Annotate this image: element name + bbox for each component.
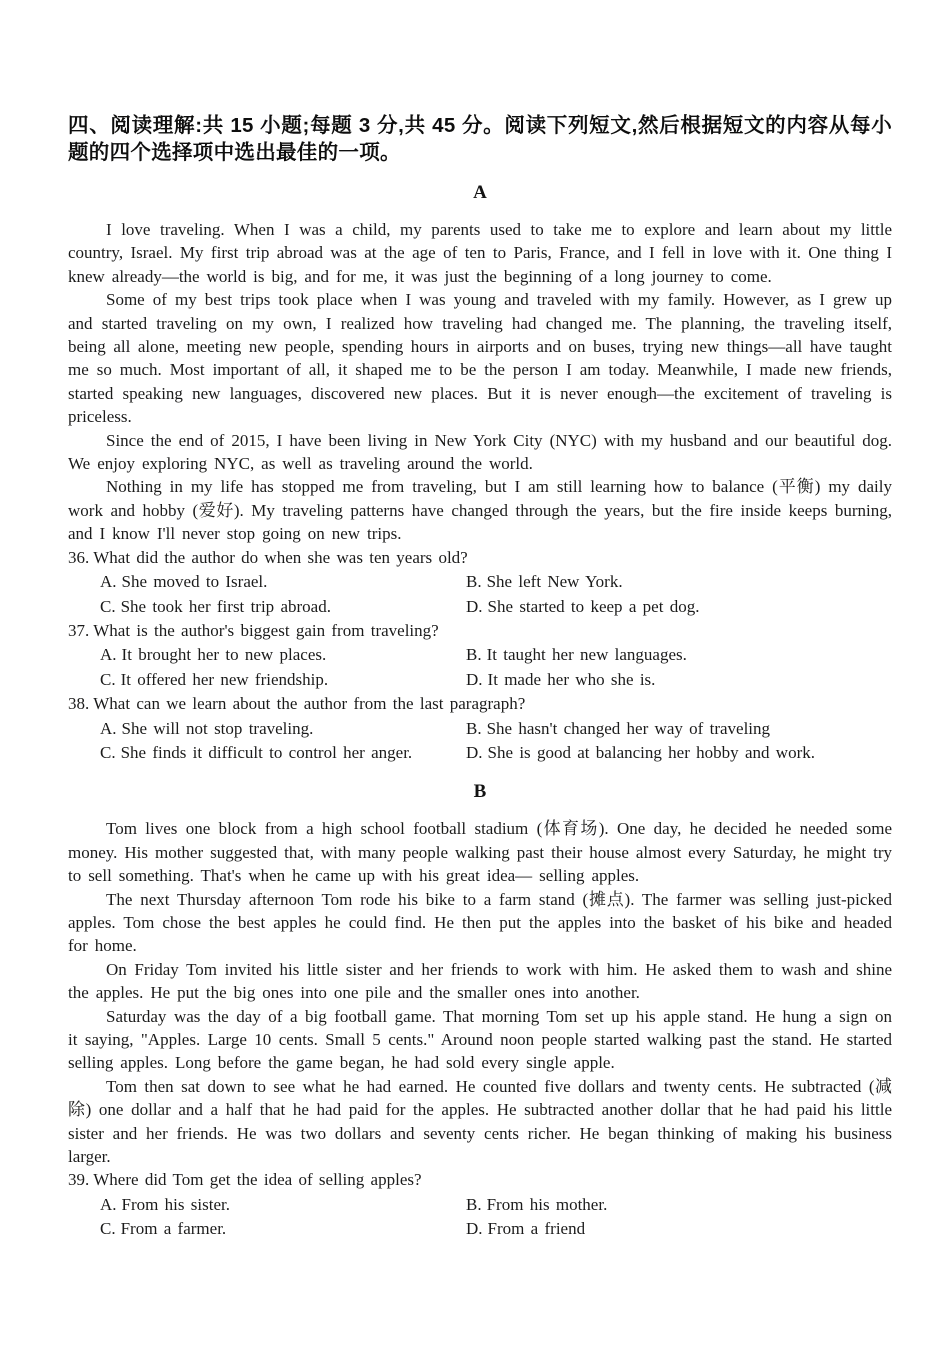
passage-b-paragraph-1: Tom lives one block from a high school f… (68, 817, 892, 887)
question-38-option-c: C.She finds it difficult to control her … (68, 741, 466, 765)
question-36: 36.What did the author do when she was t… (68, 546, 892, 619)
question-37-options-row-1: A.It brought her to new places. B.It tau… (68, 643, 892, 667)
exam-content: 四、阅读理解:共 15 小题;每题 3 分,共 45 分。阅读下列短文,然后根据… (68, 112, 892, 1242)
question-38-text: 38.What can we learn about the author fr… (68, 692, 892, 716)
question-37-option-c: C.It offered her new friendship. (68, 668, 466, 692)
question-37-text: 37.What is the author's biggest gain fro… (68, 619, 892, 643)
question-36-options-row-2: C.She took her first trip abroad. D.She … (68, 595, 892, 619)
question-39-options-row-2: C.From a farmer. D.From a friend (68, 1217, 892, 1241)
question-37-options-row-2: C.It offered her new friendship. D.It ma… (68, 668, 892, 692)
question-39-option-d: D.From a friend (466, 1217, 892, 1241)
question-38: 38.What can we learn about the author fr… (68, 692, 892, 765)
passage-a-paragraph-2: Some of my best trips took place when I … (68, 288, 892, 428)
question-37-option-b: B.It taught her new languages. (466, 643, 892, 667)
question-38-options-row-2: C.She finds it difficult to control her … (68, 741, 892, 765)
question-38-options-row-1: A.She will not stop traveling. B.She has… (68, 717, 892, 741)
question-36-options-row-1: A.She moved to Israel. B.She left New Yo… (68, 570, 892, 594)
exam-page: 四、阅读理解:共 15 小题;每题 3 分,共 45 分。阅读下列短文,然后根据… (0, 0, 950, 1372)
question-39-number: 39. (68, 1170, 89, 1189)
question-36-option-c: C.She took her first trip abroad. (68, 595, 466, 619)
section-instructions: 四、阅读理解:共 15 小题;每题 3 分,共 45 分。阅读下列短文,然后根据… (68, 112, 892, 166)
question-36-number: 36. (68, 548, 89, 567)
passage-b-paragraph-4: Saturday was the day of a big football g… (68, 1005, 892, 1075)
question-39-option-b: B.From his mother. (466, 1193, 892, 1217)
question-38-option-b: B.She hasn't changed her way of travelin… (466, 717, 892, 741)
question-36-text: 36.What did the author do when she was t… (68, 546, 892, 570)
question-37-number: 37. (68, 621, 89, 640)
question-36-option-a: A.She moved to Israel. (68, 570, 466, 594)
passage-b-heading: B (68, 781, 892, 803)
passage-b-paragraph-2: The next Thursday afternoon Tom rode his… (68, 888, 892, 958)
question-37-option-a: A.It brought her to new places. (68, 643, 466, 667)
passage-a-paragraph-3: Since the end of 2015, I have been livin… (68, 429, 892, 476)
passage-a-paragraph-4: Nothing in my life has stopped me from t… (68, 475, 892, 545)
question-36-option-b: B.She left New York. (466, 570, 892, 594)
question-37: 37.What is the author's biggest gain fro… (68, 619, 892, 692)
passage-a-heading: A (68, 182, 892, 204)
passage-a-paragraph-1: I love traveling. When I was a child, my… (68, 218, 892, 288)
question-38-number: 38. (68, 694, 89, 713)
question-38-option-d: D.She is good at balancing her hobby and… (466, 741, 892, 765)
question-39-options-row-1: A.From his sister. B.From his mother. (68, 1193, 892, 1217)
passage-b-paragraph-3: On Friday Tom invited his little sister … (68, 958, 892, 1005)
question-39-option-c: C.From a farmer. (68, 1217, 466, 1241)
question-37-option-d: D.It made her who she is. (466, 668, 892, 692)
passage-b-paragraph-5: Tom then sat down to see what he had ear… (68, 1075, 892, 1169)
question-36-option-d: D.She started to keep a pet dog. (466, 595, 892, 619)
question-39: 39.Where did Tom get the idea of selling… (68, 1168, 892, 1241)
question-39-option-a: A.From his sister. (68, 1193, 466, 1217)
question-39-text: 39.Where did Tom get the idea of selling… (68, 1168, 892, 1192)
question-38-option-a: A.She will not stop traveling. (68, 717, 466, 741)
